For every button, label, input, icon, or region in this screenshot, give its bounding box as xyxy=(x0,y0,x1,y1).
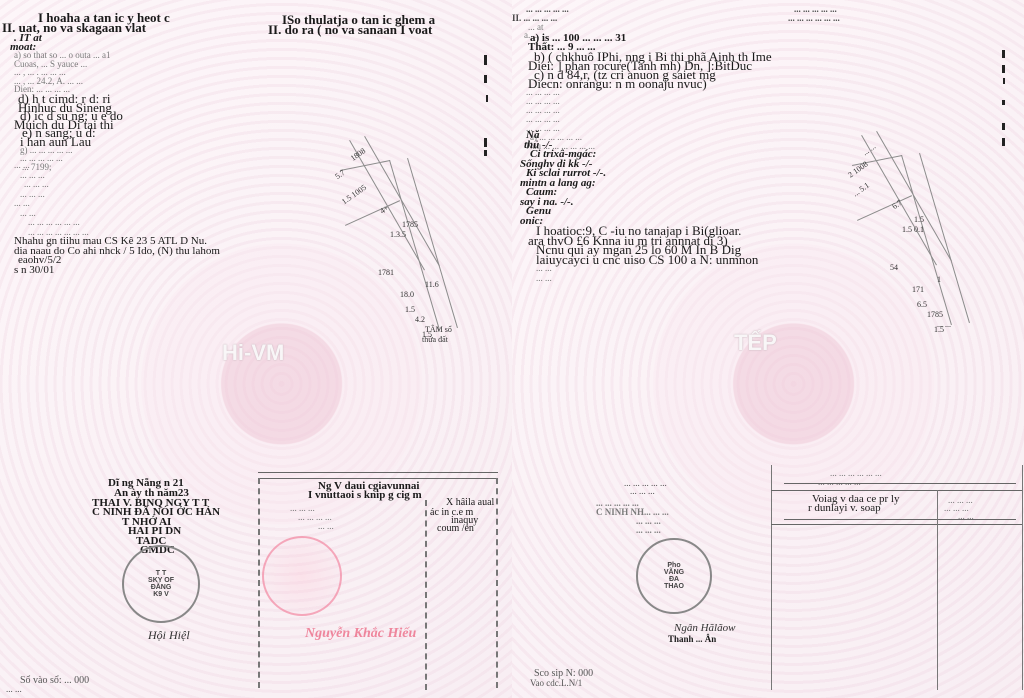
issue-date-line: ... ... ... xyxy=(630,486,655,497)
plot-dimension-label: 171 xyxy=(912,285,924,294)
watermark-logo: Hi-VM xyxy=(222,340,284,366)
plot-dimension-label: 11.6 xyxy=(425,280,439,289)
plot-dimension-label: 18.0 xyxy=(400,290,414,299)
text-line: ... ... xyxy=(536,273,552,284)
plot-dimension-label: 6.5 xyxy=(917,300,927,309)
certificate-right-page: ... ... ... ... ... II. ... ... ... ... … xyxy=(512,0,1024,698)
table-border xyxy=(258,478,260,688)
plot-dimension-label: 1785 xyxy=(927,310,943,319)
text-line: ... ... ... xyxy=(636,525,661,536)
table-top-border xyxy=(258,478,498,479)
seal-text: Pho xyxy=(667,562,680,569)
margin-mark xyxy=(484,55,487,65)
table-header: r dunlayi v. soap xyxy=(808,503,881,514)
margin-mark xyxy=(1002,65,1005,73)
text-line: laiuycayci u cnc uiso CS 100 a N: unmnon xyxy=(536,254,758,266)
seal-text: K9 V xyxy=(153,591,169,598)
seal-text: ĐA xyxy=(669,576,679,583)
official-seal: T T SKY OF ĐĂNG K9 V xyxy=(122,545,200,623)
table-top-border xyxy=(258,472,498,473)
plot-dimension-label: TÂM sổ xyxy=(425,325,452,334)
table-cell: ... ... xyxy=(318,521,334,532)
signer-name: Thanh ... Ân xyxy=(668,634,716,645)
plot-dimension-label: 1.5 1005 xyxy=(340,183,368,206)
plot-dimension-label: 2 1008 xyxy=(846,160,869,180)
table-column-divider xyxy=(937,490,938,690)
signer-signature: Hội Hiệl xyxy=(148,628,190,643)
table-column-divider xyxy=(425,500,427,690)
registry-code: Vao cdc.L.N/1 xyxy=(530,678,582,689)
column-header: coum /en xyxy=(437,523,474,534)
land-plot-diagram: 18085.71.5 10054+1.3.51785178118.04.21.5… xyxy=(330,130,460,350)
table-rule xyxy=(771,524,1022,525)
seal-text: THAO xyxy=(664,583,684,590)
plot-dimension-label: 4.2 xyxy=(415,315,425,324)
land-plot-diagram: ... ...2 1008... 5.16.71.5 0.11.55417117… xyxy=(842,125,972,340)
right-column-header-2: ... ... ... ... ... ... xyxy=(788,13,840,24)
margin-mark xyxy=(486,95,488,102)
table-rule xyxy=(784,483,1016,484)
plot-dimension-label: 54 xyxy=(890,263,898,272)
table-border xyxy=(771,465,772,690)
table-border xyxy=(1022,465,1023,690)
margin-mark xyxy=(484,150,487,156)
margin-mark xyxy=(1002,138,1005,146)
table-border xyxy=(496,478,498,688)
watermark-logo: TẾP xyxy=(734,330,777,356)
seal-text: ĐĂNG xyxy=(151,584,172,591)
plot-dimension-label: 1785 xyxy=(402,220,418,229)
plot-dimension-label: 1.5 xyxy=(405,305,415,314)
text-line: s n 30/01 xyxy=(14,265,54,276)
seal-text: VÃNG xyxy=(664,569,684,576)
plot-dimension-label: 1.5 0.1 xyxy=(902,225,924,234)
plot-dimension-label: 1781 xyxy=(378,268,394,277)
table-header: I vnuttaoi s knip g cig m xyxy=(308,490,422,501)
right-column-header-2: II. do ra ( no va sanaan I voat xyxy=(268,24,432,36)
red-seal xyxy=(262,536,342,616)
plot-dimension-label: ... 5.1 xyxy=(851,181,871,199)
official-seal: Pho VÃNG ĐA THAO xyxy=(636,538,712,614)
margin-mark xyxy=(1002,100,1005,105)
plot-dimension-label: thửa đất xyxy=(422,335,448,344)
margin-mark xyxy=(1002,123,1005,130)
plot-dimension-label: ... ... xyxy=(937,320,951,329)
plot-dimension-label: 1.3.5 xyxy=(390,230,406,239)
margin-mark xyxy=(484,138,487,147)
column-header: ... ... xyxy=(958,511,974,522)
seal-text: T T xyxy=(156,570,167,577)
plot-dimension-label: 1 xyxy=(937,275,941,284)
registry-code: ... ... xyxy=(6,684,22,695)
table-rule xyxy=(771,490,1022,491)
seal-text: SKY OF xyxy=(148,577,174,584)
registry-number: Sổ vào sổ: ... 000 xyxy=(20,675,89,686)
margin-mark xyxy=(484,75,487,83)
red-signature: Nguyễn Khắc Hiếu xyxy=(305,626,416,642)
margin-mark xyxy=(1002,50,1005,58)
signer-signature: Ngân Hãlãow xyxy=(674,622,735,634)
plot-dimension-label: 1808 xyxy=(349,146,367,163)
margin-mark xyxy=(1003,78,1005,84)
plot-dimension-label: 1.5 xyxy=(914,215,924,224)
table-rule xyxy=(784,519,1016,520)
plot-dimension-label: ... ... xyxy=(861,142,878,157)
certificate-left-page: I hoaha a tan ic y heot c II. uat, no va… xyxy=(0,0,512,698)
